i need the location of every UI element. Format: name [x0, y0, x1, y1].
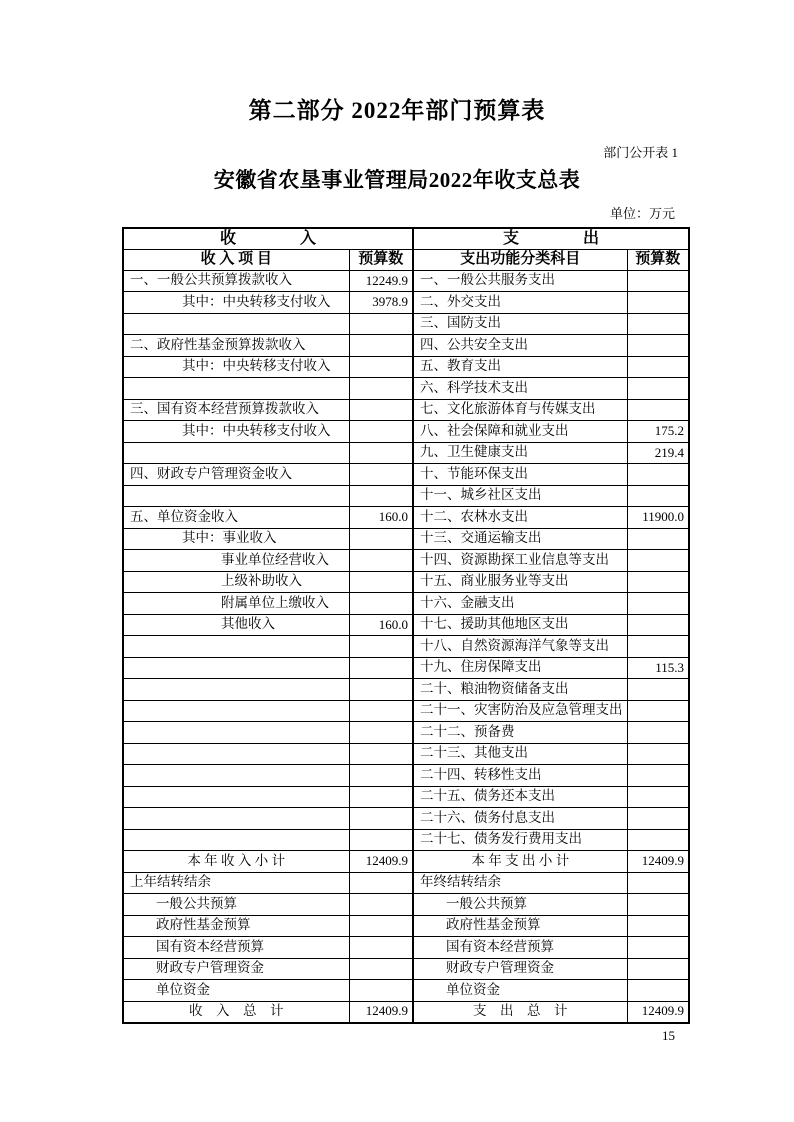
income-value-cell	[349, 700, 413, 722]
table-row: 政府性基金预算政府性基金预算	[123, 915, 689, 937]
table-row: 上级补助收入十五、商业服务业等支出	[123, 571, 689, 593]
expense-item-cell: 十一、城乡社区支出	[413, 485, 627, 507]
table-row: 六、科学技术支出	[123, 378, 689, 400]
expense-item-cell: 二十二、预备费	[413, 722, 627, 744]
expense-item-cell: 本 年 支 出 小 计	[413, 851, 627, 873]
income-item-cell: 其他收入	[123, 614, 349, 636]
expense-value-cell	[627, 313, 689, 335]
income-value-cell	[349, 829, 413, 851]
income-value-cell: 3978.9	[349, 292, 413, 314]
table-row: 本 年 收 入 小 计12409.9本 年 支 出 小 计12409.9	[123, 851, 689, 873]
income-value-cell	[349, 915, 413, 937]
expense-item-cell: 十六、金融支出	[413, 593, 627, 615]
income-item-cell: 其中：中央转移支付收入	[123, 356, 349, 378]
expense-item-cell: 九、卫生健康支出	[413, 442, 627, 464]
expense-value-cell: 12409.9	[627, 1001, 689, 1023]
income-value-cell: 160.0	[349, 507, 413, 529]
income-item-cell: 上级补助收入	[123, 571, 349, 593]
income-value-cell	[349, 743, 413, 765]
income-item-cell: 五、单位资金收入	[123, 507, 349, 529]
table-row: 其中：中央转移支付收入八、社会保障和就业支出175.2	[123, 421, 689, 443]
income-item-cell	[123, 378, 349, 400]
income-value-cell	[349, 679, 413, 701]
expense-item-cell: 三、国防支出	[413, 313, 627, 335]
income-item-cell: 政府性基金预算	[123, 915, 349, 937]
income-value-cell: 12249.9	[349, 270, 413, 292]
table-public-label: 部门公开表 1	[122, 142, 678, 161]
expense-value-cell	[627, 356, 689, 378]
column-header-row: 收 入 项 目 预算数 支出功能分类科目 预算数	[123, 249, 689, 270]
income-item-cell: 上年结转结余	[123, 872, 349, 894]
income-budget-column-header: 预算数	[349, 249, 413, 270]
income-value-cell	[349, 378, 413, 400]
expense-value-cell	[627, 378, 689, 400]
table-row: 二十六、债务付息支出	[123, 808, 689, 830]
income-item-cell: 财政专户管理资金	[123, 958, 349, 980]
income-value-cell	[349, 442, 413, 464]
expense-item-cell: 十、节能环保支出	[413, 464, 627, 486]
expense-item-column-header: 支出功能分类科目	[413, 249, 627, 270]
income-item-cell: 其中：中央转移支付收入	[123, 292, 349, 314]
expense-item-cell: 二十一、灾害防治及应急管理支出	[413, 700, 627, 722]
income-value-cell	[349, 980, 413, 1002]
table-row: 二十、粮油物资储备支出	[123, 679, 689, 701]
table-row: 十八、自然资源海洋气象等支出	[123, 636, 689, 658]
income-value-cell	[349, 872, 413, 894]
income-value-cell	[349, 894, 413, 916]
income-value-cell	[349, 464, 413, 486]
income-item-cell: 事业单位经营收入	[123, 550, 349, 572]
expense-value-cell	[627, 528, 689, 550]
expense-item-cell: 十三、交通运输支出	[413, 528, 627, 550]
expense-item-cell: 七、文化旅游体育与传媒支出	[413, 399, 627, 421]
expense-value-cell	[627, 571, 689, 593]
expense-value-cell	[627, 335, 689, 357]
expense-value-cell	[627, 743, 689, 765]
budget-table: 收 入 支 出 收 入 项 目 预算数 支出功能分类科目 预算数 一、一般公共预…	[122, 227, 690, 1024]
budget-table-body: 一、一般公共预算拨款收入12249.9一、一般公共服务支出其中：中央转移支付收入…	[123, 270, 689, 1023]
section-title: 第二部分 2022年部门预算表	[0, 92, 794, 125]
table-row: 事业单位经营收入十四、资源勘探工业信息等支出	[123, 550, 689, 572]
income-item-cell: 其中：事业收入	[123, 528, 349, 550]
income-item-cell: 本 年 收 入 小 计	[123, 851, 349, 873]
income-item-cell	[123, 722, 349, 744]
table-row: 二十三、其他支出	[123, 743, 689, 765]
income-item-cell	[123, 743, 349, 765]
expense-value-cell: 115.3	[627, 657, 689, 679]
expense-item-cell: 二十五、债务还本支出	[413, 786, 627, 808]
table-row: 上年结转结余年终结转结余	[123, 872, 689, 894]
expense-item-cell: 财政专户管理资金	[413, 958, 627, 980]
expense-value-cell	[627, 915, 689, 937]
page-number: 15	[122, 1028, 675, 1044]
income-item-cell: 国有资本经营预算	[123, 937, 349, 959]
income-item-column-header: 收 入 项 目	[123, 249, 349, 270]
income-value-cell	[349, 808, 413, 830]
doc-title: 安徽省农垦事业管理局2022年收支总表	[0, 164, 794, 194]
table-row: 收 入 总 计12409.9支 出 总 计12409.9	[123, 1001, 689, 1023]
income-item-cell	[123, 765, 349, 787]
income-item-cell: 附属单位上缴收入	[123, 593, 349, 615]
income-value-cell	[349, 593, 413, 615]
table-row: 附属单位上缴收入十六、金融支出	[123, 593, 689, 615]
expense-item-cell: 二十、粮油物资储备支出	[413, 679, 627, 701]
expense-value-cell	[627, 937, 689, 959]
income-item-cell: 二、政府性基金预算拨款收入	[123, 335, 349, 357]
income-value-cell	[349, 636, 413, 658]
expense-value-cell	[627, 292, 689, 314]
expense-value-cell: 219.4	[627, 442, 689, 464]
income-value-cell	[349, 485, 413, 507]
income-value-cell	[349, 722, 413, 744]
expense-value-cell: 175.2	[627, 421, 689, 443]
expense-item-cell: 八、社会保障和就业支出	[413, 421, 627, 443]
income-value-cell	[349, 356, 413, 378]
expense-value-cell	[627, 872, 689, 894]
table-row: 其中：中央转移支付收入五、教育支出	[123, 356, 689, 378]
income-item-cell: 四、财政专户管理资金收入	[123, 464, 349, 486]
table-row: 二十二、预备费	[123, 722, 689, 744]
table-row: 九、卫生健康支出219.4	[123, 442, 689, 464]
table-row: 十九、住房保障支出115.3	[123, 657, 689, 679]
income-item-cell: 收 入 总 计	[123, 1001, 349, 1023]
page: 第二部分 2022年部门预算表 部门公开表 1 安徽省农垦事业管理局2022年收…	[0, 0, 794, 1122]
expense-value-cell	[627, 593, 689, 615]
income-item-cell	[123, 442, 349, 464]
group-header-row: 收 入 支 出	[123, 228, 689, 249]
income-item-cell	[123, 829, 349, 851]
table-row: 国有资本经营预算国有资本经营预算	[123, 937, 689, 959]
expense-item-cell: 六、科学技术支出	[413, 378, 627, 400]
table-row: 二十七、债务发行费用支出	[123, 829, 689, 851]
expense-group-header: 支 出	[413, 228, 689, 249]
income-item-cell	[123, 679, 349, 701]
income-item-cell	[123, 636, 349, 658]
income-item-cell: 一般公共预算	[123, 894, 349, 916]
expense-item-cell: 一般公共预算	[413, 894, 627, 916]
expense-value-cell	[627, 786, 689, 808]
expense-item-cell: 政府性基金预算	[413, 915, 627, 937]
table-row: 十一、城乡社区支出	[123, 485, 689, 507]
income-value-cell: 12409.9	[349, 1001, 413, 1023]
income-item-cell: 单位资金	[123, 980, 349, 1002]
table-row: 财政专户管理资金财政专户管理资金	[123, 958, 689, 980]
expense-item-cell: 十五、商业服务业等支出	[413, 571, 627, 593]
income-value-cell	[349, 528, 413, 550]
income-value-cell: 160.0	[349, 614, 413, 636]
expense-item-cell: 十七、援助其他地区支出	[413, 614, 627, 636]
income-value-cell	[349, 958, 413, 980]
income-value-cell: 12409.9	[349, 851, 413, 873]
income-item-cell	[123, 313, 349, 335]
table-row: 其他收入160.0十七、援助其他地区支出	[123, 614, 689, 636]
expense-item-cell: 十四、资源勘探工业信息等支出	[413, 550, 627, 572]
income-item-cell	[123, 700, 349, 722]
table-row: 四、财政专户管理资金收入十、节能环保支出	[123, 464, 689, 486]
income-item-cell	[123, 808, 349, 830]
table-row: 二、政府性基金预算拨款收入四、公共安全支出	[123, 335, 689, 357]
income-value-cell	[349, 937, 413, 959]
expense-item-cell: 四、公共安全支出	[413, 335, 627, 357]
table-row: 一般公共预算一般公共预算	[123, 894, 689, 916]
expense-value-cell	[627, 485, 689, 507]
expense-budget-column-header: 预算数	[627, 249, 689, 270]
income-item-cell: 一、一般公共预算拨款收入	[123, 270, 349, 292]
expense-value-cell	[627, 636, 689, 658]
expense-value-cell	[627, 829, 689, 851]
income-item-cell	[123, 657, 349, 679]
expense-item-cell: 二十四、转移性支出	[413, 765, 627, 787]
expense-value-cell	[627, 700, 689, 722]
unit-label: 单位：万元	[122, 203, 675, 222]
income-group-header: 收 入	[123, 228, 413, 249]
expense-item-cell: 十八、自然资源海洋气象等支出	[413, 636, 627, 658]
expense-value-cell	[627, 464, 689, 486]
income-value-cell	[349, 765, 413, 787]
expense-item-cell: 二十三、其他支出	[413, 743, 627, 765]
expense-item-cell: 二十六、债务付息支出	[413, 808, 627, 830]
table-row: 一、一般公共预算拨款收入12249.9一、一般公共服务支出	[123, 270, 689, 292]
expense-value-cell	[627, 550, 689, 572]
expense-item-cell: 年终结转结余	[413, 872, 627, 894]
expense-item-cell: 二、外交支出	[413, 292, 627, 314]
income-value-cell	[349, 550, 413, 572]
table-row: 三、国防支出	[123, 313, 689, 335]
expense-value-cell	[627, 958, 689, 980]
expense-item-cell: 五、教育支出	[413, 356, 627, 378]
table-row: 二十一、灾害防治及应急管理支出	[123, 700, 689, 722]
table-row: 二十四、转移性支出	[123, 765, 689, 787]
expense-value-cell	[627, 765, 689, 787]
income-item-cell: 其中：中央转移支付收入	[123, 421, 349, 443]
table-row: 三、国有资本经营预算拨款收入七、文化旅游体育与传媒支出	[123, 399, 689, 421]
table-row: 五、单位资金收入160.0十二、农林水支出11900.0	[123, 507, 689, 529]
table-row: 二十五、债务还本支出	[123, 786, 689, 808]
income-value-cell	[349, 786, 413, 808]
expense-value-cell	[627, 808, 689, 830]
expense-value-cell	[627, 980, 689, 1002]
expense-value-cell: 11900.0	[627, 507, 689, 529]
expense-item-cell: 支 出 总 计	[413, 1001, 627, 1023]
expense-value-cell	[627, 894, 689, 916]
table-row: 其中：事业收入十三、交通运输支出	[123, 528, 689, 550]
expense-item-cell: 十九、住房保障支出	[413, 657, 627, 679]
expense-item-cell: 国有资本经营预算	[413, 937, 627, 959]
expense-item-cell: 十二、农林水支出	[413, 507, 627, 529]
income-value-cell	[349, 399, 413, 421]
income-item-cell: 三、国有资本经营预算拨款收入	[123, 399, 349, 421]
income-item-cell	[123, 485, 349, 507]
income-value-cell	[349, 421, 413, 443]
expense-value-cell	[627, 722, 689, 744]
income-value-cell	[349, 657, 413, 679]
income-item-cell	[123, 786, 349, 808]
expense-item-cell: 一、一般公共服务支出	[413, 270, 627, 292]
table-row: 单位资金单位资金	[123, 980, 689, 1002]
expense-value-cell	[627, 270, 689, 292]
income-value-cell	[349, 571, 413, 593]
expense-item-cell: 二十七、债务发行费用支出	[413, 829, 627, 851]
expense-value-cell	[627, 679, 689, 701]
expense-value-cell	[627, 614, 689, 636]
expense-item-cell: 单位资金	[413, 980, 627, 1002]
table-row: 其中：中央转移支付收入3978.9二、外交支出	[123, 292, 689, 314]
expense-value-cell: 12409.9	[627, 851, 689, 873]
expense-value-cell	[627, 399, 689, 421]
income-value-cell	[349, 335, 413, 357]
income-value-cell	[349, 313, 413, 335]
